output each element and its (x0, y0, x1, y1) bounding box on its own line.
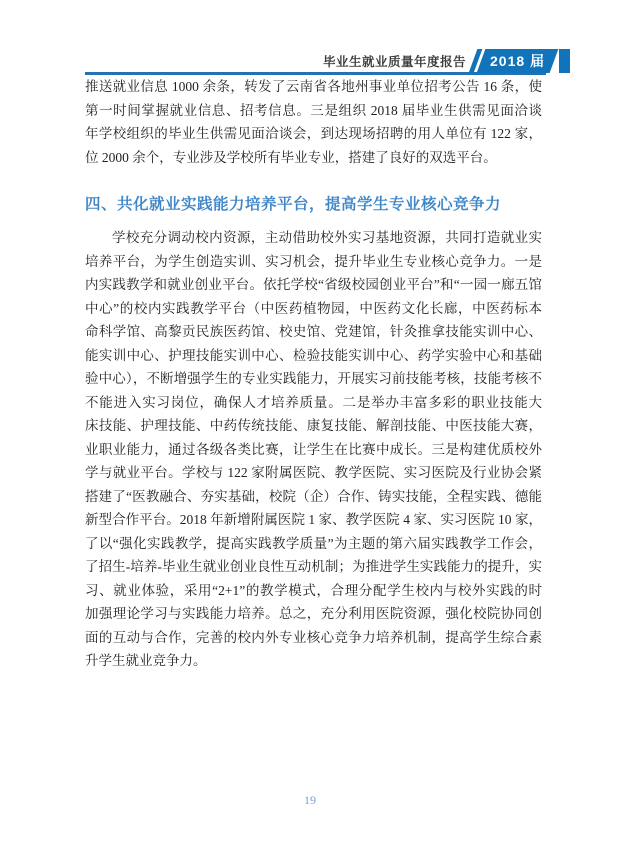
text-line: 第一时间掌握就业信息、招考信息。三是组织 2018 届毕业生供需见面洽谈会。20… (85, 99, 542, 123)
document-page: 毕业生就业质量年度报告 2018 届 推送就业信息 1000 余条，转发了云南省… (0, 0, 620, 841)
text-line: 面的互动与合作，完善的校内外专业核心竞争力培养机制，提高学生综合素质，提 (85, 626, 542, 650)
page-header: 毕业生就业质量年度报告 2018 届 (323, 49, 570, 73)
text-line: 新型合作平台。2018 年新增附属医院 1 家、教学医院 4 家、实习医院 10… (85, 508, 542, 532)
text-line: 中心”的校内实践教学平台（中医药植物园，中医药文化长廊，中医药标本馆、生 (85, 297, 542, 321)
text-line: 床技能、护理技能、中药传统技能、康复技能、解剖技能、中医技能大赛，提升专 (85, 414, 542, 438)
header-title: 毕业生就业质量年度报告 (323, 52, 466, 70)
section-heading: 四、共化就业实践能力培养平台，提高学生专业核心竞争力 (85, 192, 545, 214)
text-line: 升学生就业竞争力。 (85, 649, 542, 673)
text-line: 年学校组织的毕业生供需见面洽谈会，到达现场招聘的用人单位有 122 家，提供岗 (85, 122, 542, 146)
paragraph: 推送就业信息 1000 余条，转发了云南省各地州事业单位招考公告 16 条，使毕… (85, 75, 542, 169)
text-line: 学与就业平台。学校与 122 家附属医院、教学医院、实习医院及行业协会紧密合作， (85, 461, 542, 485)
text-line: 习、就业体验，采用“2+1”的教学模式，合理分配学生校内与校外实践的时间， (85, 579, 542, 603)
text-line: 推送就业信息 1000 余条，转发了云南省各地州事业单位招考公告 16 条，使毕… (85, 75, 542, 99)
year-badge: 2018 届 (477, 49, 559, 73)
text-line: 了以“强化实践教学，提高实践教学质量”为主题的第六届实践教学工作会，形成 (85, 532, 542, 556)
paragraph: 学校充分调动校内资源，主动借助校外实习基地资源，共同打造就业实践能力培养平台，为… (85, 226, 542, 673)
badge-block-icon (559, 49, 570, 73)
text-line: 加强理论学习与实践能力培养。总之，充分利用医院资源，强化校院协同创新等方 (85, 602, 542, 626)
text-line: 培养平台，为学生创造实训、实习机会，提升毕业生专业核心竞争力。一是搭建校 (85, 250, 542, 274)
text-line: 验中心），不断增强学生的专业实践能力，开展实习前技能考核，技能考核不过关， (85, 367, 542, 391)
text-line: 了招生-培养-毕业生就业创业良性互动机制；为推进学生实践能力的提升，实施见 (85, 555, 542, 579)
text-line: 搭建了“医教融合、夯实基础，校院（企）合作、铸实技能，全程实践、德能并重” (85, 485, 542, 509)
page-number: 19 (0, 793, 620, 808)
year-badge-label: 2018 届 (490, 51, 545, 71)
text-line: 不能进入实习岗位，确保人才培养质量。二是举办丰富多彩的职业技能大赛。如临 (85, 391, 542, 415)
text-line: 位 2000 余个，专业涉及学校所有毕业专业，搭建了良好的双选平台。 (85, 146, 542, 170)
text-line: 内实践教学和就业创业平台。依托学校“省级校园创业平台”和“一园一廊五馆六 (85, 273, 542, 297)
text-line: 学校充分调动校内资源，主动借助校外实习基地资源，共同打造就业实践能力 (85, 226, 542, 250)
text-line: 业职业能力，通过各级各类比赛，让学生在比赛中成长。三是构建优质校外实践教 (85, 438, 542, 462)
text-line: 能实训中心、护理技能实训中心、检验技能实训中心、药学实验中心和基础医学实 (85, 344, 542, 368)
text-line: 命科学馆、高黎贡民族医药馆、校史馆、党建馆，针灸推拿技能实训中心、临床技 (85, 320, 542, 344)
